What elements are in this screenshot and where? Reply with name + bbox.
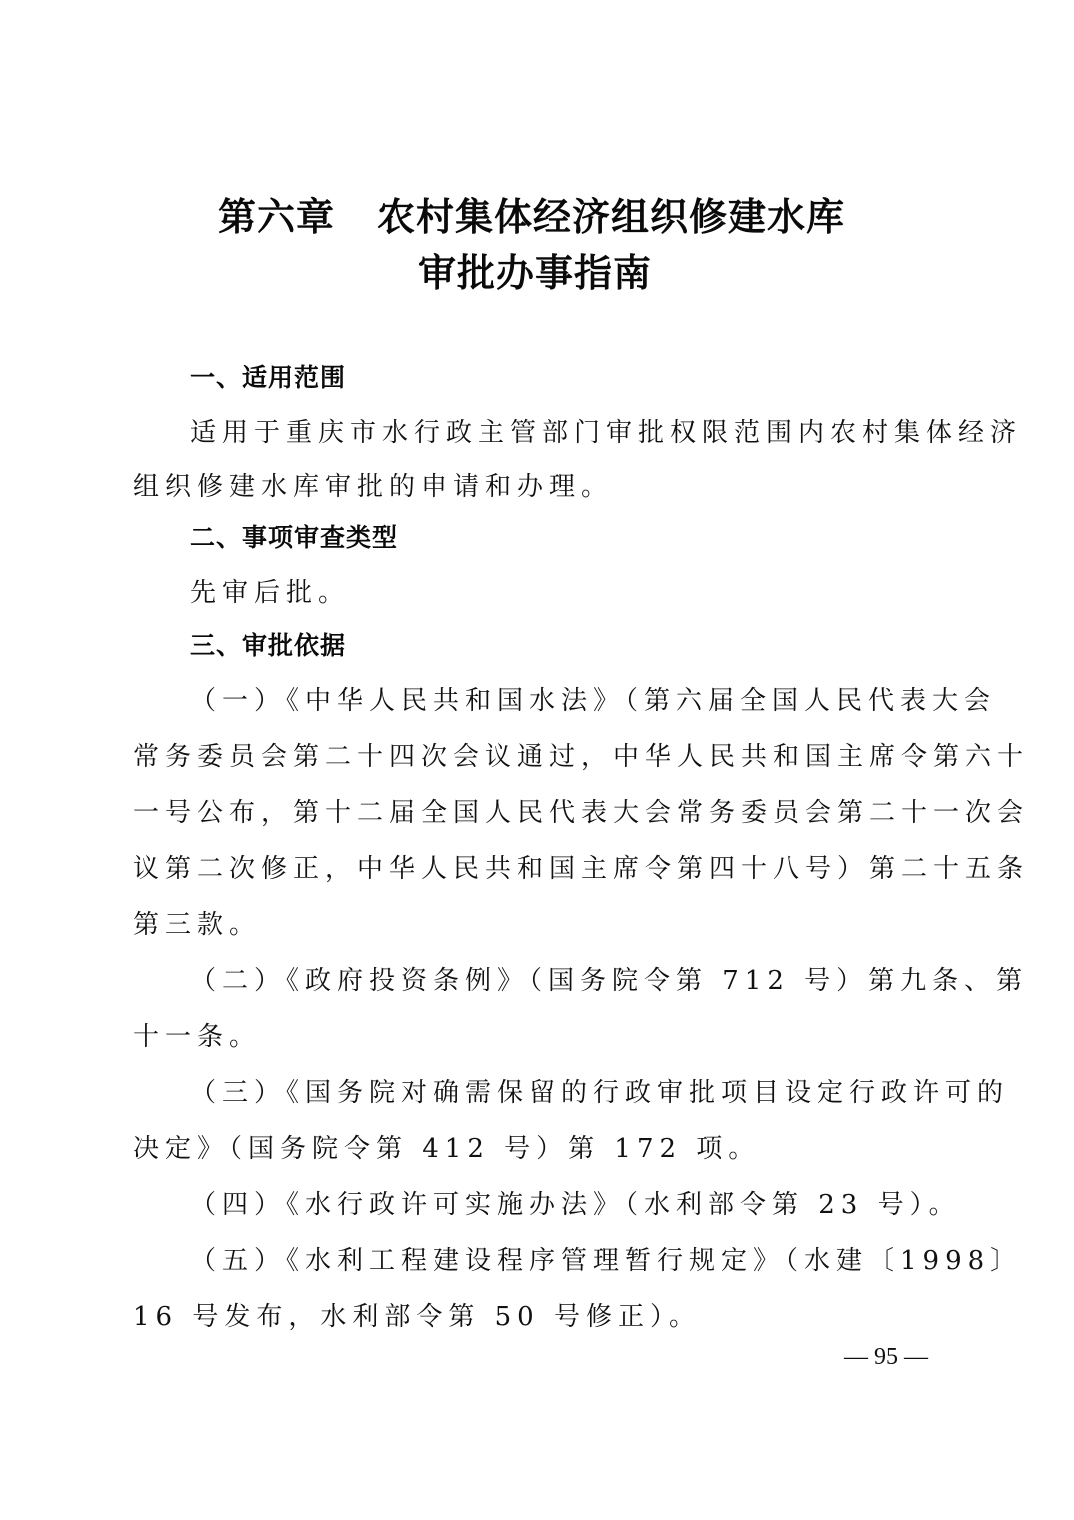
legal-basis-item-1-cont: 常务委员会第二十四次会议通过，中华人民共和国主席令第六十 xyxy=(133,736,1029,773)
legal-basis-item-1-cont: 议第二次修正，中华人民共和国主席令第四十八号）第二十五条 xyxy=(133,848,1029,885)
document-page: 第六章农村集体经济组织修建水库 审批办事指南 一、适用范围 适用于重庆市水行政主… xyxy=(0,0,1074,1520)
chapter-title-line-2: 审批办事指南 xyxy=(418,242,652,297)
chapter-number: 第六章 xyxy=(218,194,335,239)
legal-basis-item-1-cont: 一号公布，第十二届全国人民代表大会常务委员会第二十一次会 xyxy=(133,792,1029,829)
section-heading-scope: 一、适用范围 xyxy=(190,358,346,394)
chapter-title-line-1: 第六章农村集体经济组织修建水库 xyxy=(218,186,845,241)
legal-basis-item-5-cont: 16 号发布，水利部令第 50 号修正）。 xyxy=(133,1296,701,1333)
legal-basis-item-5: （五）《水利工程建设程序管理暂行规定》（水建〔1998〕 xyxy=(190,1240,1022,1277)
paragraph-line: 适用于重庆市水行政主管部门审批权限范围内农村集体经济 xyxy=(190,412,1022,449)
legal-basis-item-4: （四）《水行政许可实施办法》（水利部令第 23 号）。 xyxy=(190,1184,961,1221)
legal-basis-item-2-cont: 十一条。 xyxy=(133,1016,261,1053)
legal-basis-item-3-cont: 决定》（国务院令第 412 号）第 172 项。 xyxy=(133,1128,760,1165)
page-number: — 95 — xyxy=(844,1344,928,1371)
legal-basis-item-3: （三）《国务院对确需保留的行政审批项目设定行政许可的 xyxy=(190,1072,1009,1109)
legal-basis-item-1-cont: 第三款。 xyxy=(133,904,261,941)
paragraph-line: 先审后批。 xyxy=(190,572,350,609)
chapter-title-text: 农村集体经济组织修建水库 xyxy=(377,194,845,239)
section-heading-review-type: 二、事项审查类型 xyxy=(190,518,398,554)
section-heading-legal-basis: 三、审批依据 xyxy=(190,626,346,662)
legal-basis-item-1: （一）《中华人民共和国水法》（第六届全国人民代表大会 xyxy=(190,680,996,717)
paragraph-line: 组织修建水库审批的申请和办理。 xyxy=(133,466,613,503)
legal-basis-item-2: （二）《政府投资条例》（国务院令第 712 号）第九条、第 xyxy=(190,960,1028,997)
